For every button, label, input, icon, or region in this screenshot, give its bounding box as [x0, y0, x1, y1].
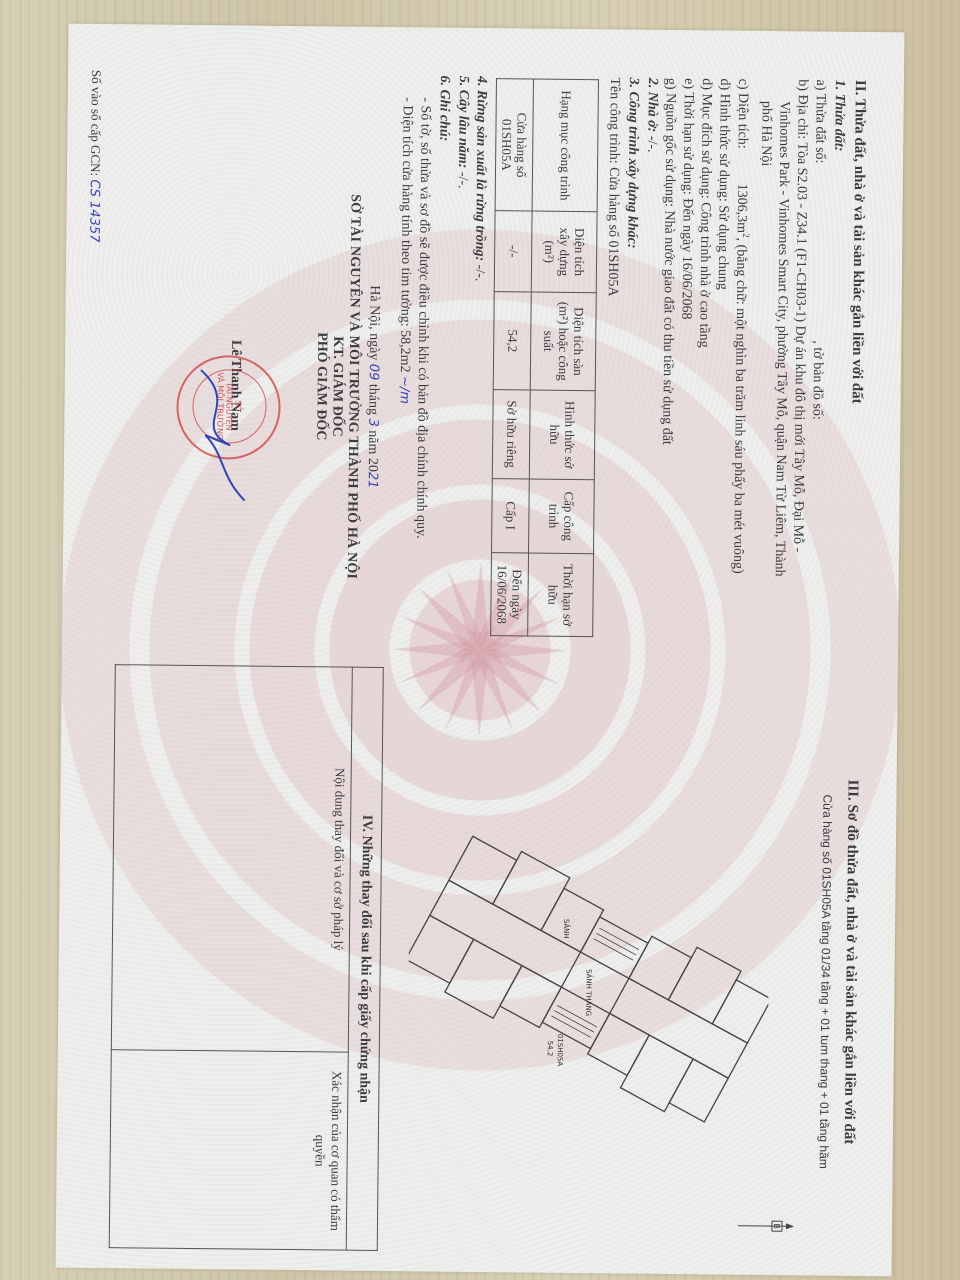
- plan-caption: Cửa hàng số 01SH05A tầng 01/34 tầng + 01…: [816, 702, 836, 1262]
- land-heading: 1. Thửa đất:: [825, 80, 847, 640]
- svg-text:SẢNH THANG: SẢNH THANG: [584, 969, 593, 1016]
- issue-year: 21: [365, 472, 380, 489]
- handwritten-signature: [180, 365, 261, 506]
- floor-plan-diagram: SẢNH THANG SẢNH 01SH05A 54,2: [407, 797, 771, 1161]
- section-3-and-4: III. Sơ đồ thửa đất, nhà ở và tài sản kh…: [856, 672, 862, 1252]
- table-cell: Đến ngày 16/06/2068: [491, 553, 529, 636]
- svg-text:SẢNH: SẢNH: [562, 919, 571, 939]
- table-header-cell: Diện tích xây dựng (m²): [532, 211, 598, 292]
- issue-month: 3: [365, 418, 380, 426]
- land-use-certificate-page: II. Thửa đất, nhà ở và tài sản khác gắn …: [56, 24, 905, 1277]
- table-header-cell: Hạng mục công trình: [532, 79, 598, 212]
- table-header-cell: Diện tích sàn (m²) hoặc công suất: [531, 292, 597, 391]
- svg-text:B: B: [772, 1223, 781, 1229]
- table-header-cell: Thời hạn sở hữu: [528, 553, 594, 637]
- svg-text:54,2: 54,2: [546, 1041, 554, 1057]
- changes-after-issuance-table: IV. Những thay đổi sau khi cấp giấy chứn…: [109, 664, 384, 1251]
- issuing-department: SỞ TÀI NGUYÊN VÀ MÔI TRƯỜNG THÀNH PHỐ HÀ…: [343, 177, 363, 597]
- table-cell: Sở hữu riêng: [493, 390, 531, 479]
- section-4-title: IV. Những thay đổi sau khi cấp giấy chứn…: [346, 667, 383, 1250]
- issue-day: 09: [366, 364, 381, 381]
- table-header-cell: Hình thức sở hữu: [530, 390, 596, 479]
- table-row: Cửa hàng số 01SH05A -/- 54,2 Sở hữu riên…: [491, 79, 534, 636]
- table-cell: Cửa hàng số 01SH05A: [495, 79, 533, 212]
- registry-number-value: CS 14357: [86, 179, 102, 242]
- north-arrow-icon: B: [736, 1211, 796, 1242]
- land-area-value: 1306,3m: [734, 184, 750, 234]
- certificate-registry-number: Số vào sổ cấp GCN: CS 14357: [86, 70, 104, 243]
- table-cell: Cấp I: [492, 478, 530, 553]
- section-3-title: III. Sơ đồ thửa đất, nhà ở và tài sản kh…: [839, 672, 862, 1252]
- section-2-land-and-assets: II. Thửa đất, nhà ở và tài sản khác gắn …: [392, 75, 867, 640]
- construction-works-table: Hạng mục công trình Diện tích xây dựng (…: [490, 78, 599, 637]
- section-2-title: II. Thửa đất, nhà ở và tài sản khác gắn …: [845, 80, 868, 640]
- unit-01SH05A: [621, 1035, 694, 1112]
- initials-mark: ~/m: [397, 376, 412, 404]
- svg-text:01SH05A: 01SH05A: [556, 1034, 564, 1067]
- table-cell: -/-: [495, 211, 533, 292]
- issue-date: Hà Nội, ngày 09 tháng 3 năm 2021: [363, 177, 383, 597]
- table-header-cell: Cấp công trình: [529, 479, 595, 554]
- change-content-column: Nội dung thay đổi và cơ sở pháp lý: [111, 665, 352, 1052]
- table-cell: 54,2: [494, 291, 532, 390]
- authority-confirmation-column: Xác nhận của cơ quan có thẩm quyền: [109, 1049, 348, 1250]
- table-header-row: Hạng mục công trình Diện tích xây dựng (…: [528, 79, 599, 637]
